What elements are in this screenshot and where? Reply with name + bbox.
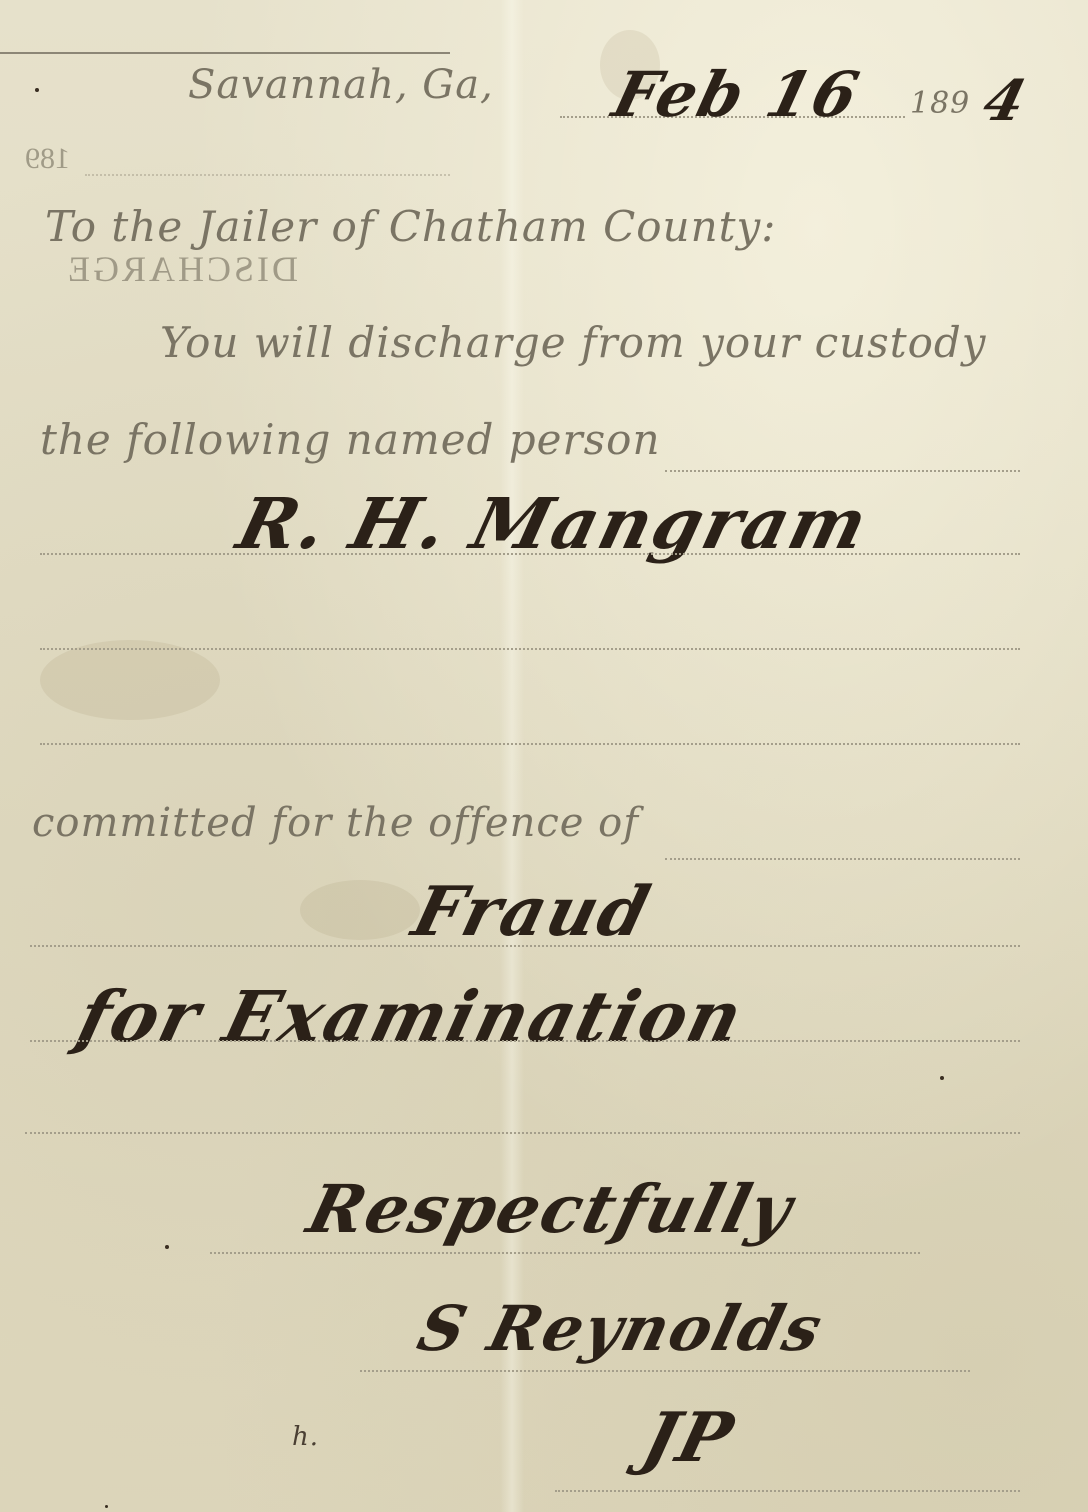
- top-rule: [0, 52, 450, 54]
- offence-note-handwritten: for Examination: [70, 975, 753, 1058]
- year-printed: 189: [910, 86, 970, 121]
- ink-speck: [940, 1076, 944, 1080]
- date-handwritten: Feb 16: [606, 58, 867, 131]
- offence-handwritten: Fraud: [405, 872, 659, 952]
- ink-speck: [105, 1505, 108, 1508]
- bleed-through-line: [85, 174, 450, 176]
- bleed-through-stamp: DISCHARGE: [65, 248, 298, 290]
- offence-line: [665, 858, 1020, 860]
- place-printed: Savannah, Ga,: [188, 62, 494, 108]
- signature-handwritten: S Reynolds: [411, 1292, 831, 1365]
- bleed-through-year: 189: [25, 142, 70, 176]
- valediction-line: [210, 1252, 920, 1254]
- body-line-1: You will discharge from your custody: [160, 318, 987, 367]
- ink-speck: [35, 88, 39, 92]
- stain: [40, 640, 220, 720]
- person-line: [665, 470, 1020, 472]
- body-line-2: the following named person: [40, 415, 661, 464]
- signature-line: [360, 1370, 970, 1372]
- stain: [300, 880, 420, 940]
- name-line: [40, 553, 1020, 555]
- title-line: [555, 1490, 1020, 1492]
- offence-line-2: [30, 945, 1020, 947]
- blank-line: [40, 743, 1020, 745]
- blank-line: [25, 1132, 1020, 1134]
- salutation: To the Jailer of Chatham County:: [45, 202, 776, 251]
- margin-mark: h.: [292, 1422, 319, 1452]
- ink-speck: [165, 1245, 169, 1249]
- offence-line-3: [30, 1040, 1020, 1042]
- blank-line: [40, 648, 1020, 650]
- body-line-3: committed for the offence of: [32, 800, 639, 846]
- valediction-handwritten: Respectfully: [300, 1170, 801, 1248]
